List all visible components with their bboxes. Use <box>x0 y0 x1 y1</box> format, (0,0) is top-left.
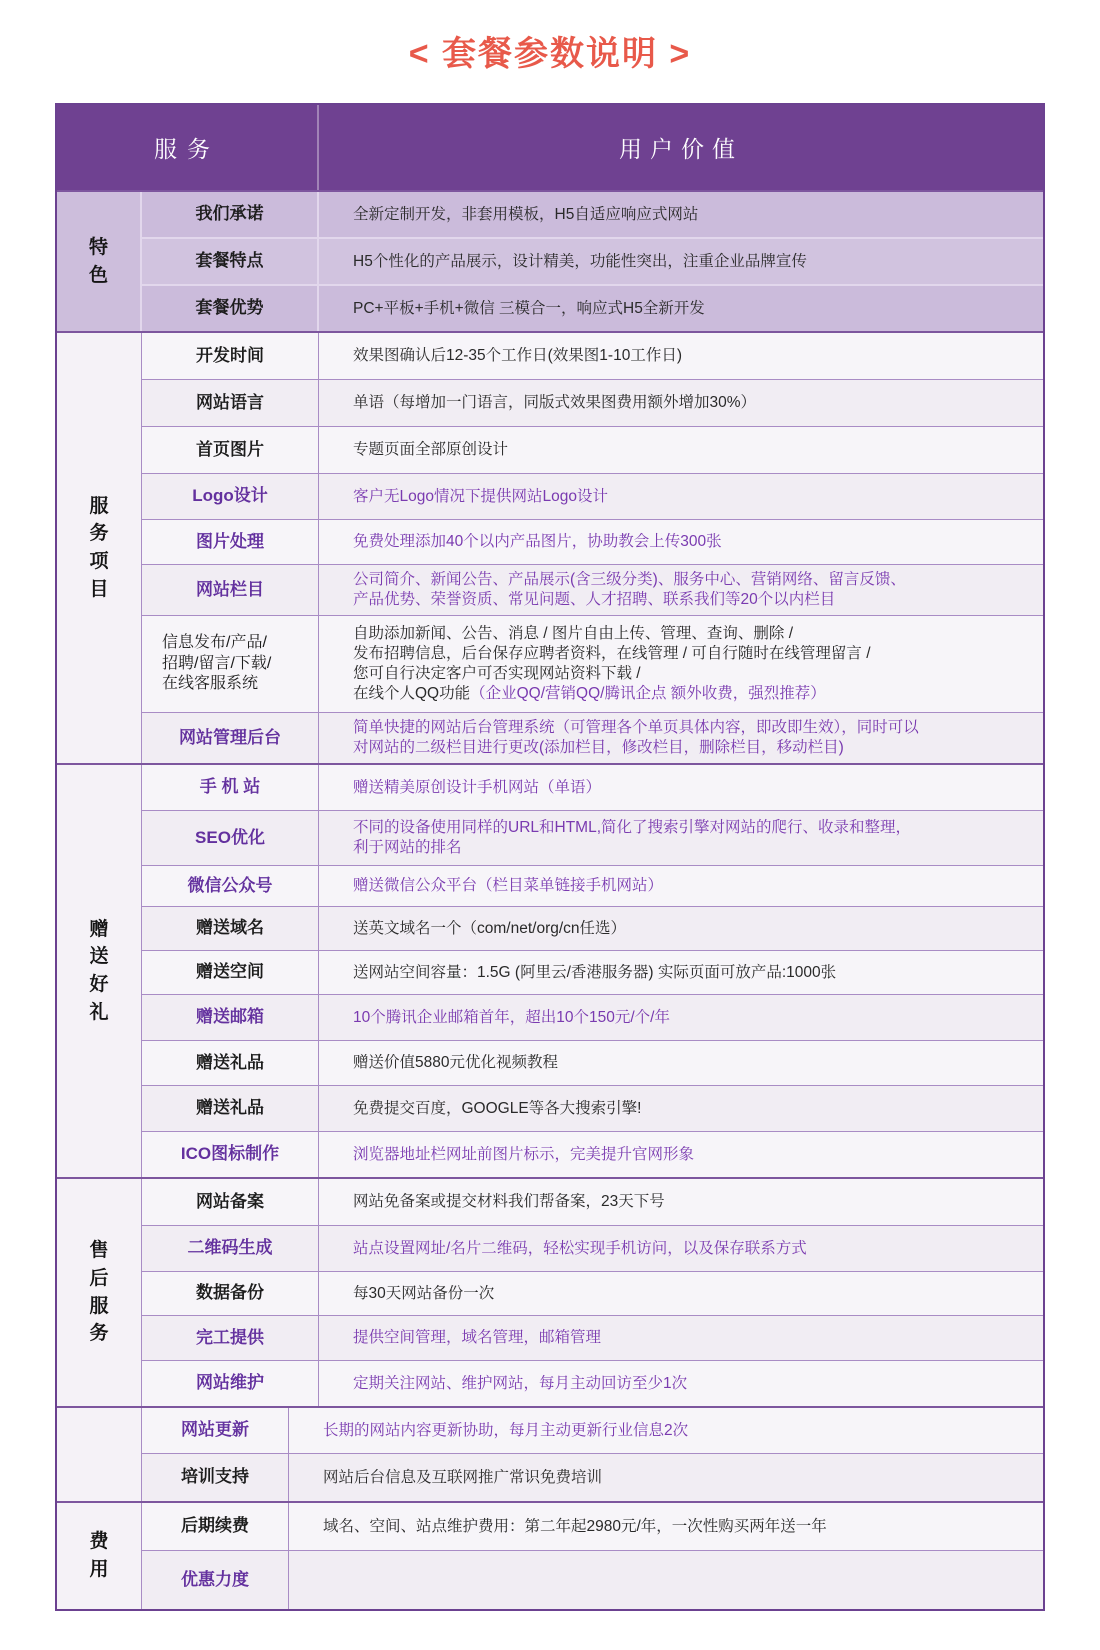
category-cell: 赠送好礼 <box>57 765 142 1177</box>
service-name-cell: SEO优化 <box>142 811 319 865</box>
user-value-cell: 送英文域名一个（com/net/org/cn任选） <box>319 907 1043 950</box>
table-group: 网站更新长期的网站内容更新协助，每月主动更新行业信息2次培训支持网站后台信息及互… <box>57 1406 1043 1501</box>
user-value-cell: 赠送价值5880元优化视频教程 <box>319 1041 1043 1085</box>
category-label: 售后服务 <box>89 1237 108 1347</box>
user-value-cell: 单语（每增加一门语言，同版式效果图费用额外增加30%） <box>319 380 1043 426</box>
category-label: 服务项目 <box>89 493 108 603</box>
service-name-cell: Logo设计 <box>142 474 319 519</box>
category-cell: 费用 <box>57 1503 142 1609</box>
service-name-cell: 优惠力度 <box>142 1551 289 1609</box>
table-row: 首页图片专题页面全部原创设计 <box>142 426 1043 473</box>
user-value-cell: 提供空间管理，域名管理，邮箱管理 <box>319 1316 1043 1360</box>
service-name-cell: 赠送域名 <box>142 907 319 950</box>
user-value-cell: 每30天网站备份一次 <box>319 1272 1043 1315</box>
table-row: 网站更新长期的网站内容更新协助，每月主动更新行业信息2次 <box>142 1408 1043 1453</box>
table-group: 特色我们承诺全新定制开发，非套用模板，H5自适应响应式网站套餐特点H5个性化的产… <box>57 190 1043 331</box>
user-value-cell: PC+平板+手机+微信 三模合一，响应式H5全新开发 <box>319 286 1043 331</box>
table-row: 数据备份每30天网站备份一次 <box>142 1271 1043 1315</box>
table-row: 套餐特点H5个性化的产品展示，设计精美，功能性突出，注重企业品牌宣传 <box>142 237 1043 284</box>
table-group: 赠送好礼手 机 站赠送精美原创设计手机网站（单语）SEO优化不同的设备使用同样的… <box>57 763 1043 1177</box>
service-name-cell: 首页图片 <box>142 427 319 473</box>
table-row: 优惠力度 <box>142 1550 1043 1609</box>
service-name-cell: 信息发布/产品/招聘/留言/下载/在线客服系统 <box>142 616 319 712</box>
user-value-cell: 不同的设备使用同样的URL和HTML,简化了搜索引擎对网站的爬行、收录和整理，利… <box>319 811 1043 865</box>
service-name-cell: 套餐优势 <box>142 286 319 331</box>
table-group: 服务项目开发时间效果图确认后12-35个工作日(效果图1-10工作日)网站语言单… <box>57 331 1043 763</box>
service-name-cell: 图片处理 <box>142 520 319 564</box>
table-header: 服务 用户价值 <box>57 105 1043 190</box>
table-row: 网站语言单语（每增加一门语言，同版式效果图费用额外增加30%） <box>142 379 1043 426</box>
service-name-cell: ICO图标制作 <box>142 1132 319 1177</box>
table-row: ICO图标制作浏览器地址栏网址前图片标示，完美提升官网形象 <box>142 1131 1043 1177</box>
user-value-cell: 网站免备案或提交材料我们帮备案，23天下号 <box>319 1179 1043 1225</box>
category-cell: 售后服务 <box>57 1179 142 1406</box>
service-name-cell: 赠送空间 <box>142 951 319 994</box>
table-row: 信息发布/产品/招聘/留言/下载/在线客服系统自助添加新闻、公告、消息 / 图片… <box>142 615 1043 712</box>
table-row: SEO优化不同的设备使用同样的URL和HTML,简化了搜索引擎对网站的爬行、收录… <box>142 810 1043 865</box>
service-name-cell: 我们承诺 <box>142 192 319 237</box>
table-row: 赠送礼品免费提交百度，GOOGLE等各大搜索引擎! <box>142 1085 1043 1131</box>
table-row: 手 机 站赠送精美原创设计手机网站（单语） <box>142 765 1043 810</box>
service-name-cell: 微信公众号 <box>142 866 319 906</box>
service-name-cell: 二维码生成 <box>142 1226 319 1271</box>
table-row: 网站管理后台简单快捷的网站后台管理系统（可管理各个单页具体内容，即改即生效），同… <box>142 712 1043 763</box>
service-name-cell: 网站语言 <box>142 380 319 426</box>
table-row: 网站维护定期关注网站、维护网站，每月主动回访至少1次 <box>142 1360 1043 1406</box>
user-value-cell: 简单快捷的网站后台管理系统（可管理各个单页具体内容，即改即生效），同时可以对网站… <box>319 713 1043 763</box>
service-name-cell: 网站维护 <box>142 1361 319 1406</box>
user-value-cell: H5个性化的产品展示，设计精美，功能性突出，注重企业品牌宣传 <box>319 239 1043 284</box>
table-row: 赠送空间送网站空间容量：1.5G (阿里云/香港服务器) 实际页面可放产品:10… <box>142 950 1043 994</box>
table-row: 二维码生成站点设置网址/名片二维码，轻松实现手机访问，以及保存联系方式 <box>142 1225 1043 1271</box>
user-value-cell: 全新定制开发，非套用模板，H5自适应响应式网站 <box>319 192 1043 237</box>
service-name-cell: 开发时间 <box>142 333 319 379</box>
user-value-cell: 免费处理添加40个以内产品图片，协助教会上传300张 <box>319 520 1043 564</box>
service-name-cell: 网站管理后台 <box>142 713 319 763</box>
service-name-cell: 网站备案 <box>142 1179 319 1225</box>
user-value-cell: 公司简介、新闻公告、产品展示(含三级分类)、服务中心、营销网络、留言反馈、产品优… <box>319 565 1043 615</box>
table-body: 特色我们承诺全新定制开发，非套用模板，H5自适应响应式网站套餐特点H5个性化的产… <box>57 190 1043 1609</box>
service-name-cell: 后期续费 <box>142 1503 289 1550</box>
table-row: 完工提供提供空间管理，域名管理，邮箱管理 <box>142 1315 1043 1360</box>
header-cell-service: 服务 <box>57 105 319 190</box>
table-row: 网站栏目公司简介、新闻公告、产品展示(含三级分类)、服务中心、营销网络、留言反馈… <box>142 564 1043 615</box>
user-value-cell: 赠送微信公众平台（栏目菜单链接手机网站） <box>319 866 1043 906</box>
service-name-cell: 套餐特点 <box>142 239 319 284</box>
table-row: Logo设计客户无Logo情况下提供网站Logo设计 <box>142 473 1043 519</box>
category-label: 赠送好礼 <box>89 916 108 1026</box>
service-name-cell: 手 机 站 <box>142 765 319 810</box>
category-cell: 特色 <box>57 192 142 331</box>
table-row: 微信公众号赠送微信公众平台（栏目菜单链接手机网站） <box>142 865 1043 906</box>
user-value-cell: 定期关注网站、维护网站，每月主动回访至少1次 <box>319 1361 1043 1406</box>
table-row: 培训支持网站后台信息及互联网推广常识免费培训 <box>142 1453 1043 1501</box>
user-value-cell: 送网站空间容量：1.5G (阿里云/香港服务器) 实际页面可放产品:1000张 <box>319 951 1043 994</box>
service-name-cell: 培训支持 <box>142 1454 289 1501</box>
service-name-cell: 网站栏目 <box>142 565 319 615</box>
table-row: 图片处理免费处理添加40个以内产品图片，协助教会上传300张 <box>142 519 1043 564</box>
user-value-cell: 浏览器地址栏网址前图片标示，完美提升官网形象 <box>319 1132 1043 1177</box>
user-value-cell: 域名、空间、站点维护费用：第二年起2980元/年，一次性购买两年送一年 <box>289 1503 1043 1550</box>
user-value-cell: 免费提交百度，GOOGLE等各大搜索引擎! <box>319 1086 1043 1131</box>
user-value-cell <box>289 1551 1043 1609</box>
table-group: 费用后期续费域名、空间、站点维护费用：第二年起2980元/年，一次性购买两年送一… <box>57 1501 1043 1609</box>
table-row: 套餐优势PC+平板+手机+微信 三模合一，响应式H5全新开发 <box>142 284 1043 331</box>
user-value-cell: 站点设置网址/名片二维码，轻松实现手机访问，以及保存联系方式 <box>319 1226 1043 1271</box>
table-row: 后期续费域名、空间、站点维护费用：第二年起2980元/年，一次性购买两年送一年 <box>142 1503 1043 1550</box>
table-row: 网站备案网站免备案或提交材料我们帮备案，23天下号 <box>142 1179 1043 1225</box>
user-value-cell: 自助添加新闻、公告、消息 / 图片自由上传、管理、查询、删除 /发布招聘信息，后… <box>319 616 1043 712</box>
package-parameters-table: 服务 用户价值 特色我们承诺全新定制开发，非套用模板，H5自适应响应式网站套餐特… <box>55 103 1045 1611</box>
user-value-cell: 效果图确认后12-35个工作日(效果图1-10工作日) <box>319 333 1043 379</box>
user-value-cell: 长期的网站内容更新协助，每月主动更新行业信息2次 <box>289 1408 1043 1453</box>
service-name-cell: 赠送邮箱 <box>142 995 319 1040</box>
category-cell <box>57 1408 142 1501</box>
category-label: 特色 <box>89 234 108 289</box>
service-name-cell: 赠送礼品 <box>142 1041 319 1085</box>
user-value-cell: 10个腾讯企业邮箱首年，超出10个150元/个/年 <box>319 995 1043 1040</box>
category-label: 费用 <box>89 1528 108 1583</box>
table-row: 赠送邮箱10个腾讯企业邮箱首年，超出10个150元/个/年 <box>142 994 1043 1040</box>
table-row: 我们承诺全新定制开发，非套用模板，H5自适应响应式网站 <box>142 192 1043 237</box>
user-value-cell: 网站后台信息及互联网推广常识免费培训 <box>289 1454 1043 1501</box>
category-cell: 服务项目 <box>57 333 142 763</box>
table-row: 开发时间效果图确认后12-35个工作日(效果图1-10工作日) <box>142 333 1043 379</box>
service-name-cell: 赠送礼品 <box>142 1086 319 1131</box>
page-title: < 套餐参数说明 > <box>0 0 1100 75</box>
table-row: 赠送礼品赠送价值5880元优化视频教程 <box>142 1040 1043 1085</box>
service-name-cell: 数据备份 <box>142 1272 319 1315</box>
service-name-cell: 完工提供 <box>142 1316 319 1360</box>
user-value-cell: 客户无Logo情况下提供网站Logo设计 <box>319 474 1043 519</box>
user-value-cell: 专题页面全部原创设计 <box>319 427 1043 473</box>
user-value-cell: 赠送精美原创设计手机网站（单语） <box>319 765 1043 810</box>
table-row: 赠送域名送英文域名一个（com/net/org/cn任选） <box>142 906 1043 950</box>
page: < 套餐参数说明 > 服务 用户价值 特色我们承诺全新定制开发，非套用模板，H5… <box>0 0 1100 1650</box>
table-group: 售后服务网站备案网站免备案或提交材料我们帮备案，23天下号二维码生成站点设置网址… <box>57 1177 1043 1406</box>
service-name-cell: 网站更新 <box>142 1408 289 1453</box>
header-cell-user-value: 用户价值 <box>319 105 1043 190</box>
